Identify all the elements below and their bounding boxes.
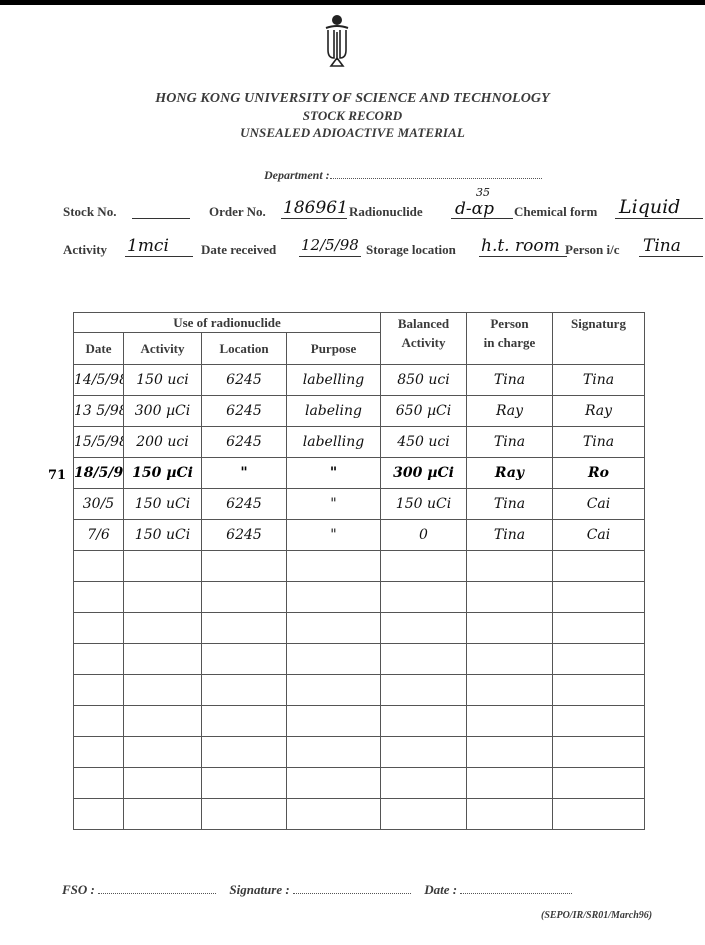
- activity-label: Activity: [63, 242, 107, 258]
- radionuclide-superscript: 35: [476, 186, 490, 199]
- order-no-label: Order No.: [209, 204, 266, 220]
- empty-cell[interactable]: [202, 644, 287, 675]
- form-code: (SEPO/IR/SR01/March96): [541, 910, 652, 921]
- footer-date-field[interactable]: [460, 883, 572, 894]
- empty-table-row: [74, 799, 645, 830]
- empty-cell[interactable]: [202, 706, 287, 737]
- table-row: 14/5/98 150 uci 6245 labelling 850 uci T…: [74, 365, 645, 396]
- storage-location-label: Storage location: [366, 242, 456, 258]
- balanced-activity-header: Balanced Activity: [381, 313, 467, 365]
- cell-balanced-activity[interactable]: 850 uci: [381, 365, 467, 396]
- person-header-line1: Person: [467, 316, 552, 331]
- empty-cell[interactable]: [287, 768, 381, 799]
- activity-value[interactable]: 1mci: [127, 236, 169, 256]
- empty-cell[interactable]: [287, 675, 381, 706]
- empty-table-row: [74, 737, 645, 768]
- stock-no-field[interactable]: [132, 218, 190, 219]
- cell-date[interactable]: 14/5/98: [74, 365, 124, 396]
- empty-cell[interactable]: [124, 675, 202, 706]
- cell-person[interactable]: Ray: [467, 458, 553, 489]
- table-row: 13 5/98 300 µCi 6245 labeling 650 µCi Ra…: [74, 396, 645, 427]
- cell-activity[interactable]: 150 uCi: [124, 489, 202, 520]
- stock-usage-table: Use of radionuclide Balanced Activity Pe…: [73, 312, 645, 830]
- empty-cell[interactable]: [124, 737, 202, 768]
- cell-activity[interactable]: 150 uCi: [124, 520, 202, 551]
- cell-activity[interactable]: 150 µCi: [124, 458, 202, 489]
- chemical-form-label: Chemical form: [514, 204, 597, 220]
- table-row: 30/5 150 uCi 6245 " 150 uCi Tina Cai: [74, 489, 645, 520]
- empty-cell[interactable]: [74, 768, 124, 799]
- cell-activity[interactable]: 200 uci: [124, 427, 202, 458]
- order-no-underline: [281, 218, 347, 219]
- location-header: Location: [202, 333, 287, 365]
- empty-cell[interactable]: [467, 551, 553, 582]
- department-value[interactable]: [330, 168, 542, 179]
- cell-activity[interactable]: 300 µCi: [124, 396, 202, 427]
- cell-purpose[interactable]: ": [287, 489, 381, 520]
- chemical-form-underline: [615, 218, 703, 219]
- cell-person[interactable]: Tina: [467, 427, 553, 458]
- department-field[interactable]: Department :: [264, 168, 542, 183]
- cell-location[interactable]: 6245: [202, 520, 287, 551]
- cell-location[interactable]: 6245: [202, 365, 287, 396]
- empty-cell[interactable]: [467, 644, 553, 675]
- signature-header: Signaturg: [553, 313, 645, 365]
- cell-purpose[interactable]: labelling: [287, 427, 381, 458]
- cell-balanced-activity[interactable]: 150 uCi: [381, 489, 467, 520]
- empty-cell[interactable]: [124, 706, 202, 737]
- empty-table-row: [74, 675, 645, 706]
- empty-cell[interactable]: [553, 551, 645, 582]
- empty-cell[interactable]: [553, 768, 645, 799]
- empty-cell[interactable]: [74, 706, 124, 737]
- empty-cell[interactable]: [74, 644, 124, 675]
- cell-person[interactable]: Tina: [467, 520, 553, 551]
- date-header: Date: [74, 333, 124, 365]
- cell-balanced-activity[interactable]: 450 uci: [381, 427, 467, 458]
- cell-location[interactable]: 6245: [202, 489, 287, 520]
- radionuclide-underline: [451, 218, 513, 219]
- empty-cell[interactable]: [287, 799, 381, 830]
- empty-cell[interactable]: [553, 613, 645, 644]
- person-header-line2: in charge: [467, 331, 552, 350]
- purpose-header: Purpose: [287, 333, 381, 365]
- date-received-value[interactable]: 12/5/98: [301, 236, 359, 254]
- empty-cell[interactable]: [124, 551, 202, 582]
- hkust-logo-icon: [322, 14, 352, 70]
- cell-person[interactable]: Tina: [467, 489, 553, 520]
- cell-signature[interactable]: Tina: [553, 365, 645, 396]
- empty-cell[interactable]: [467, 613, 553, 644]
- empty-cell[interactable]: [74, 613, 124, 644]
- person-in-charge-header: Person in charge: [467, 313, 553, 365]
- cell-person[interactable]: Ray: [467, 396, 553, 427]
- empty-table-row: [74, 582, 645, 613]
- balanced-header-line1: Balanced: [381, 316, 466, 331]
- empty-cell[interactable]: [381, 582, 467, 613]
- empty-cell[interactable]: [381, 799, 467, 830]
- scan-top-border: [0, 0, 705, 5]
- empty-cell[interactable]: [553, 706, 645, 737]
- chemical-form-value[interactable]: Liquid: [619, 196, 680, 218]
- cell-purpose[interactable]: labeling: [287, 396, 381, 427]
- empty-cell[interactable]: [287, 551, 381, 582]
- cell-location[interactable]: 6245: [202, 396, 287, 427]
- cell-balanced-activity[interactable]: 300 µCi: [381, 458, 467, 489]
- empty-cell[interactable]: [124, 644, 202, 675]
- empty-cell[interactable]: [74, 582, 124, 613]
- use-of-radionuclide-header: Use of radionuclide: [74, 313, 381, 333]
- empty-cell[interactable]: [124, 768, 202, 799]
- stock-no-label: Stock No.: [63, 204, 116, 220]
- radionuclide-label: Radionuclide: [349, 204, 423, 220]
- approval-footer: FSO : Signature : Date :: [62, 882, 582, 898]
- empty-table-row: [74, 644, 645, 675]
- empty-cell[interactable]: [467, 768, 553, 799]
- footer-signature-field[interactable]: [293, 883, 411, 894]
- empty-cell[interactable]: [381, 613, 467, 644]
- cell-signature[interactable]: Cai: [553, 520, 645, 551]
- margin-annotation: 71: [48, 468, 66, 483]
- empty-cell[interactable]: [381, 675, 467, 706]
- empty-cell[interactable]: [467, 799, 553, 830]
- cell-date[interactable]: 15/5/98: [74, 427, 124, 458]
- cell-location[interactable]: ": [202, 458, 287, 489]
- empty-cell[interactable]: [553, 644, 645, 675]
- cell-date[interactable]: 18/5/98: [74, 458, 124, 489]
- empty-cell[interactable]: [124, 613, 202, 644]
- empty-rows: [74, 551, 645, 830]
- activity-underline: [125, 256, 193, 257]
- empty-cell[interactable]: [553, 675, 645, 706]
- empty-cell[interactable]: [553, 799, 645, 830]
- cell-date[interactable]: 13 5/98: [74, 396, 124, 427]
- institution-name: HONG KONG UNIVERSITY OF SCIENCE AND TECH…: [0, 90, 705, 107]
- cell-purpose[interactable]: ": [287, 458, 381, 489]
- empty-cell[interactable]: [202, 799, 287, 830]
- empty-table-row: [74, 768, 645, 799]
- person-ic-label: Person i/c: [565, 242, 620, 258]
- empty-cell[interactable]: [74, 675, 124, 706]
- activity-header: Activity: [124, 333, 202, 365]
- cell-signature[interactable]: Ro: [553, 458, 645, 489]
- fso-label: FSO :: [62, 882, 95, 897]
- date-received-label: Date received: [201, 242, 276, 258]
- footer-signature-label: Signature :: [229, 882, 289, 897]
- empty-table-row: [74, 706, 645, 737]
- empty-cell[interactable]: [553, 582, 645, 613]
- form-title: STOCK RECORD: [0, 107, 705, 124]
- empty-table-row: [74, 551, 645, 582]
- empty-cell[interactable]: [381, 644, 467, 675]
- cell-signature[interactable]: Ray: [553, 396, 645, 427]
- table-row: 7/6 150 uCi 6245 " 0 Tina Cai: [74, 520, 645, 551]
- empty-cell[interactable]: [202, 613, 287, 644]
- person-ic-value[interactable]: Tina: [643, 236, 681, 256]
- table-row: 18/5/98 150 µCi " " 300 µCi Ray Ro: [74, 458, 645, 489]
- empty-cell[interactable]: [287, 613, 381, 644]
- stock-details-row: Stock No. Order No. 186961 Radionuclide …: [63, 198, 703, 228]
- empty-cell[interactable]: [467, 737, 553, 768]
- fso-field[interactable]: [98, 883, 216, 894]
- empty-cell[interactable]: [381, 551, 467, 582]
- empty-cell[interactable]: [287, 737, 381, 768]
- empty-cell[interactable]: [287, 644, 381, 675]
- empty-cell[interactable]: [74, 551, 124, 582]
- empty-cell[interactable]: [467, 706, 553, 737]
- empty-cell[interactable]: [381, 737, 467, 768]
- empty-cell[interactable]: [202, 768, 287, 799]
- storage-location-value[interactable]: h.t. room: [481, 236, 560, 256]
- empty-cell[interactable]: [202, 737, 287, 768]
- cell-purpose[interactable]: labelling: [287, 365, 381, 396]
- date-received-underline: [299, 256, 361, 257]
- form-subtitle: UNSEALED ADIOACTIVE MATERIAL: [0, 124, 705, 141]
- receipt-details-row: Activity 1mci Date received 12/5/98 Stor…: [63, 236, 703, 266]
- table-row: 15/5/98 200 uci 6245 labelling 450 uci T…: [74, 427, 645, 458]
- empty-cell[interactable]: [381, 768, 467, 799]
- cell-balanced-activity[interactable]: 650 µCi: [381, 396, 467, 427]
- empty-cell[interactable]: [202, 582, 287, 613]
- empty-cell[interactable]: [381, 706, 467, 737]
- cell-person[interactable]: Tina: [467, 365, 553, 396]
- cell-signature[interactable]: Tina: [553, 427, 645, 458]
- empty-cell[interactable]: [287, 582, 381, 613]
- storage-location-underline: [479, 256, 567, 257]
- radionuclide-value[interactable]: d-αp: [455, 199, 494, 219]
- cell-date[interactable]: 30/5: [74, 489, 124, 520]
- cell-date[interactable]: 7/6: [74, 520, 124, 551]
- order-no-value[interactable]: 186961: [283, 198, 348, 218]
- department-label: Department :: [264, 168, 330, 182]
- empty-cell[interactable]: [124, 582, 202, 613]
- balanced-header-line2: Activity: [381, 331, 466, 350]
- form-header: HONG KONG UNIVERSITY OF SCIENCE AND TECH…: [0, 90, 705, 141]
- empty-table-row: [74, 613, 645, 644]
- cell-signature[interactable]: Cai: [553, 489, 645, 520]
- empty-cell[interactable]: [74, 737, 124, 768]
- cell-activity[interactable]: 150 uci: [124, 365, 202, 396]
- empty-cell[interactable]: [74, 799, 124, 830]
- empty-cell[interactable]: [202, 675, 287, 706]
- cell-location[interactable]: 6245: [202, 427, 287, 458]
- cell-purpose[interactable]: ": [287, 520, 381, 551]
- cell-balanced-activity[interactable]: 0: [381, 520, 467, 551]
- empty-cell[interactable]: [202, 551, 287, 582]
- person-ic-underline: [639, 256, 703, 257]
- empty-cell[interactable]: [467, 582, 553, 613]
- footer-date-label: Date :: [424, 882, 457, 897]
- empty-cell[interactable]: [124, 799, 202, 830]
- empty-cell[interactable]: [287, 706, 381, 737]
- empty-cell[interactable]: [467, 675, 553, 706]
- empty-cell[interactable]: [553, 737, 645, 768]
